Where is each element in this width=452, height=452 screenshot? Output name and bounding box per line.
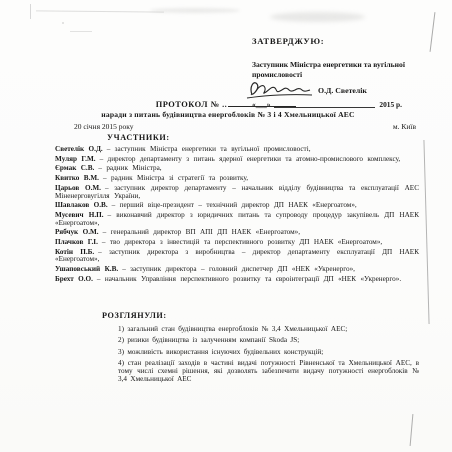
participant-role: – радник Міністра зі стратегії та розвит… — [103, 174, 248, 182]
meta-row: 20 січня 2015 року м. Київ — [74, 122, 416, 131]
considered-item: 4) стан реалізації заходів в частині вид… — [118, 360, 419, 384]
scan-smudge — [150, 8, 240, 13]
participant-row: Шавлаков О.В.– перший віце-президент – т… — [55, 202, 419, 210]
participants-heading: УЧАСТНИКИ: — [107, 133, 419, 142]
scanned-document-page: ЗАТВЕРДЖУЮ: Заступник Міністра енергетик… — [0, 0, 452, 452]
participant-name: Плачков Г.І. — [55, 238, 98, 246]
participant-name: Брехт О.О. — [55, 275, 93, 283]
participant-row: Муляр Г.М.– директор департаменту з пита… — [55, 156, 419, 164]
participants-section: УЧАСТНИКИ: Светелік О.Д.– заступник Міні… — [55, 133, 419, 286]
participant-role: – заступник директор департаменту – нача… — [55, 184, 419, 200]
participant-name: Ушаповський К.В. — [55, 265, 118, 273]
approval-label: ЗАТВЕРДЖУЮ: — [252, 36, 422, 46]
participant-row: Ушаповський К.В.– заступник директора – … — [55, 266, 419, 274]
protocol-number-label: ПРОТОКОЛ № .. — [156, 100, 228, 109]
scan-smudge — [62, 22, 64, 24]
participant-row: Царьов О.М.– заступник директор департам… — [55, 185, 419, 200]
scan-smudge — [270, 12, 365, 22]
participant-row: Рябчук О.М.– генеральний директор ВП АПІ… — [55, 229, 419, 237]
participant-row: Квитко В.М.– радник Міністра зі стратегі… — [55, 175, 419, 183]
participant-role: – генеральний директор ВП АПІ ДП НАЕК «Е… — [103, 228, 300, 236]
participant-name: Квитко В.М. — [55, 174, 99, 182]
participant-row: Светелік О.Д.– заступник Міністра енерге… — [55, 146, 419, 154]
participant-role: – тво директора з інвестицій та перспект… — [102, 238, 382, 246]
considered-item: 2) ризики будівництва із залученням комп… — [118, 337, 419, 345]
scan-smudge — [30, 4, 31, 19]
participant-role: – начальник Управління перспективного ро… — [97, 275, 401, 283]
participant-role: – заступник директора – головний диспетч… — [122, 265, 355, 273]
participant-role: – заступник Міністра енергетики та вугіл… — [107, 145, 311, 153]
signature-row: О.Д. Светелік — [252, 83, 422, 100]
considered-item: 1) загальний стан будівництва енергоблок… — [118, 326, 419, 334]
participant-row: Котін П.Б.– заступник директора з виробн… — [55, 249, 419, 264]
participant-name: Муляр Г.М. — [55, 155, 96, 163]
participant-name: Шавлаков О.В. — [55, 201, 108, 209]
document-content: ЗАТВЕРДЖУЮ: Заступник Міністра енергетик… — [0, 0, 452, 452]
protocol-date: 20 січня 2015 року — [74, 122, 134, 131]
participant-role: – заступник директора з виробництва – ди… — [55, 248, 419, 264]
protocol-city: м. Київ — [393, 122, 416, 131]
participant-role: – перший віце-президент – технічний дире… — [112, 201, 357, 209]
participant-name: Єрмак С.В. — [55, 164, 94, 172]
participant-name: Светелік О.Д. — [55, 145, 103, 153]
signatory-name: О.Д. Светелік — [318, 86, 367, 95]
considered-item: 3) можливість використання існуючих буді… — [118, 349, 419, 357]
protocol-number-blank-line — [228, 99, 296, 107]
considered-heading: РОЗГЛЯНУЛИ: — [102, 311, 419, 320]
participant-role: – радник Міністра, — [98, 164, 161, 172]
protocol-title-line: ПРОТОКОЛ № .. — [0, 99, 452, 109]
considered-section: РОЗГЛЯНУЛИ: 1) загальний стан будівництв… — [55, 311, 419, 387]
participant-name: Рябчук О.М. — [55, 228, 99, 236]
participant-role: – директор департаменту з питань ядерної… — [100, 155, 401, 163]
participant-row: Брехт О.О.– начальник Управління перспек… — [55, 276, 419, 284]
scan-smudge — [70, 31, 92, 32]
protocol-subject: наради з питань будівництва енергоблоків… — [28, 110, 428, 119]
participant-row: Єрмак С.В.– радник Міністра, — [55, 165, 419, 173]
participant-role: – виконавчий директор з юридичних питань… — [55, 211, 419, 227]
approval-position-title: Заступник Міністра енергетики та вугільн… — [252, 60, 412, 79]
participant-row: Плачков Г.І.– тво директора з інвестицій… — [55, 239, 419, 247]
participant-row: Мусевич Н.П.– виконавчий директор з юрид… — [55, 212, 419, 227]
